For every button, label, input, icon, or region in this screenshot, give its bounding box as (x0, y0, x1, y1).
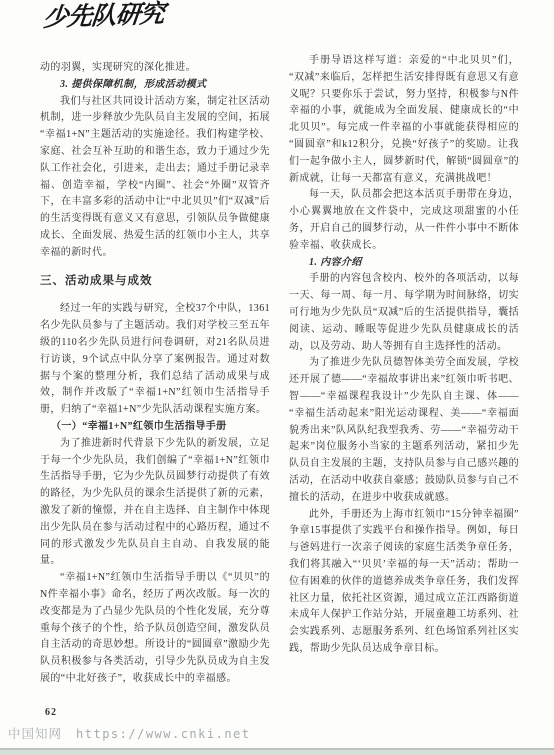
article-content: 少先队研究 动的羽翼，实现研究的深化推进。 3. 提供保障机制，形成活动模式 我… (40, 8, 520, 688)
body-paragraph: 为了推进少先队员德智体美劳全面发展，学校还开展了德——“幸福故事讲出来”红领巾听… (289, 355, 519, 506)
cnki-url: https://www.cnki.net (76, 727, 251, 741)
cnki-watermark: 中国知网https://www.cnki.net (8, 724, 251, 742)
body-paragraph: “幸福1+N”红领巾生活指导手册以《“贝贝”的N件幸福小事》命名，经历了两次改版… (40, 570, 270, 688)
journal-page: 少先队研究 动的羽翼，实现研究的深化推进。 3. 提供保障机制，形成活动模式 我… (0, 0, 554, 755)
left-column: 少先队研究 动的羽翼，实现研究的深化推进。 3. 提供保障机制，形成活动模式 我… (40, 8, 270, 688)
section-heading: 三、活动成果与成效 (40, 273, 270, 290)
numbered-heading-3: 3. 提供保障机制，形成活动模式 (40, 77, 270, 94)
body-paragraph: 为了推进新时代背景下少先队的新发展，立足于每一个少先队员，我们创编了“幸福1+N… (40, 436, 270, 570)
body-paragraph: 手册的内容包含校内、校外的各项活动，以每一天、每一周、每一月、每学期为时间脉络，… (289, 271, 519, 355)
body-paragraph: 经过一年的实践与研究，全校37个中队，1361名少先队员参与了主题活动。我们对学… (40, 301, 270, 419)
numbered-heading-1: 1. 内容介绍 (289, 255, 519, 272)
page-number: 62 (45, 707, 57, 718)
body-paragraph: 动的羽翼，实现研究的深化推进。 (40, 60, 270, 77)
subsection-heading: （一）“幸福1+N”红领巾生活指导手册 (40, 419, 270, 436)
journal-logo: 少先队研究 (40, 2, 273, 50)
body-paragraph: 手册导语这样写道：亲爱的“中北贝贝”们，“双减”来临后，怎样把生活安排得既有意思… (289, 53, 519, 187)
body-paragraph: 此外，手册还为上海市红领巾“15分钟幸福圈”争章15事提供了实践平台和操作指导。… (289, 507, 519, 658)
scan-bottom-edge (0, 748, 554, 755)
cnki-site-name: 中国知网 (8, 727, 62, 741)
body-paragraph: 每一天，队员都会把这本活页手册带在身边，小心翼翼地放在文件袋中，完成这项甜蜜的小… (289, 187, 519, 254)
body-paragraph: 我们与社区共同设计活动方案，制定社区活动机制，进一步释放少先队员自主发展的空间，… (40, 94, 270, 262)
right-column: 手册导语这样写道：亲爱的“中北贝贝”们，“双减”来临后，怎样把生活安排得既有意思… (289, 8, 519, 688)
